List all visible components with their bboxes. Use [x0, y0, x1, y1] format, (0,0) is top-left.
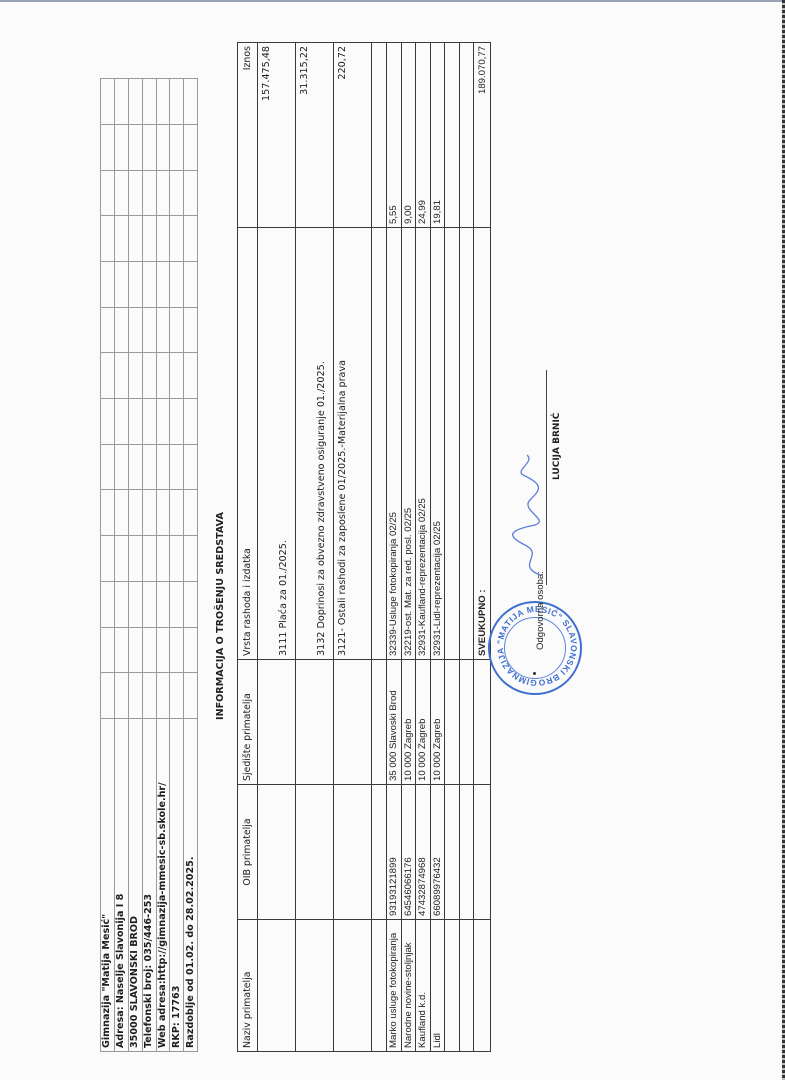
cell-iznos: 220,72 [334, 43, 372, 228]
cell-sjediste: 10 000 Zagreb [430, 660, 445, 785]
table-row: 3132 Doprinosi za obvezno zdravstveno os… [296, 43, 334, 1052]
header-line: RKP: 17763 [170, 79, 184, 1052]
table-row: Narodne novine-stoljnjak 64546066176 10 … [401, 43, 416, 1052]
cell-iznos: 9,00 [401, 43, 416, 228]
cell-iznos: 31.315,22 [296, 43, 334, 228]
cell-sjediste: 10 000 Zagreb [401, 660, 416, 785]
header-line: Razdoblje od 01.02. do 28.02.2025. [184, 79, 198, 1052]
cell-oib: 64546066176 [401, 785, 416, 920]
table-empty-row [445, 43, 460, 1052]
table-empty-row [459, 43, 474, 1052]
cell-vrsta: 32339-Usluge fotokopiranja 02/25 [387, 228, 402, 660]
institution-header: Gimnazija "Matija Mesić" Adresa: Naselje… [100, 78, 198, 1052]
cell-oib: 93193121899 [387, 785, 402, 920]
cell-sjediste: 35 000 Slavoski Brod [387, 660, 402, 785]
cell-sjediste: 10 000 Zagreb [416, 660, 431, 785]
header-line: 35000 SLAVONSKI BROD [128, 79, 142, 1052]
handwritten-signature [505, 450, 555, 580]
header-line: Adresa: Naselje Slavonija I 8 [114, 79, 128, 1052]
cell-vrsta: 3132 Doprinosi za obvezno zdravstveno os… [296, 228, 334, 660]
column-header-oib: OIB primatelja [238, 785, 258, 920]
cell-vrsta: 32931-Lidl-reprezentacija 02/25 [430, 228, 445, 660]
column-header-iznos: Iznos [238, 43, 258, 228]
column-header-sjediste: Sjedište primatelja [238, 660, 258, 785]
responsible-person-label: Odgovorna osoba: [535, 571, 546, 650]
cell-oib: 66089976432 [430, 785, 445, 920]
cell-iznos: 5,55 [387, 43, 402, 228]
column-header-naziv: Naziv primatelja [238, 920, 258, 1052]
total-value: 189.070,77 [474, 43, 491, 228]
cell-iznos: 24,99 [416, 43, 431, 228]
header-line: Gimnazija "Matija Mesić" [101, 79, 115, 1052]
table-row: Lidl 66089976432 10 000 Zagreb 32931-Lid… [430, 43, 445, 1052]
table-row: 3121- Ostali rashodi za zaposlene 01/202… [334, 43, 372, 1052]
total-label: SVEUKUPNO : [474, 228, 491, 660]
cell-vrsta: 3111 Plaća za 01./2025. [258, 228, 296, 660]
cell-vrsta: 3121- Ostali rashodi za zaposlene 01/202… [334, 228, 372, 660]
cell-oib: 47432874968 [416, 785, 431, 920]
document-title: INFORMACIJA O TROŠENJU SREDSTAVA [215, 220, 226, 720]
cell-naziv: Kaufland k.d. [416, 920, 431, 1052]
table-total-row: SVEUKUPNO : 189.070,77 [474, 43, 491, 1052]
table-header-row: Naziv primatelja OIB primatelja Sjedište… [238, 43, 258, 1052]
rotated-document-page: Gimnazija "Matija Mesić" Adresa: Naselje… [0, 0, 785, 1080]
table-row: 3111 Plaća za 01./2025. 157.475,48 [258, 43, 296, 1052]
table-row: Kaufland k.d. 47432874968 10 000 Zagreb … [416, 43, 431, 1052]
column-header-vrsta: Vrsta rashoda i izdatka [238, 228, 258, 660]
signature-line [546, 370, 547, 585]
header-line: Web adresa:http://gimnazija-mmesic-sb.sk… [156, 79, 170, 1052]
expenditure-table: Naziv primatelja OIB primatelja Sjedište… [237, 42, 491, 1052]
header-line: Telefonski broj: 035/446-253 [142, 79, 156, 1052]
cell-naziv: Narodne novine-stoljnjak [401, 920, 416, 1052]
table-spacer-row [372, 43, 387, 1052]
cell-naziv: Marko usluge fotokopiranja [387, 920, 402, 1052]
cell-naziv: Lidl [430, 920, 445, 1052]
cell-iznos: 19,81 [430, 43, 445, 228]
cell-vrsta: 32931-Kaufland-reprezentacija 02/25 [416, 228, 431, 660]
responsible-person-name: LUCIJA BRNIĆ [552, 413, 562, 480]
cell-vrsta: 32219-ost. Mat. za red. posl. 02/25 [401, 228, 416, 660]
cell-iznos: 157.475,48 [258, 43, 296, 228]
table-row: Marko usluge fotokopiranja 93193121899 3… [387, 43, 402, 1052]
